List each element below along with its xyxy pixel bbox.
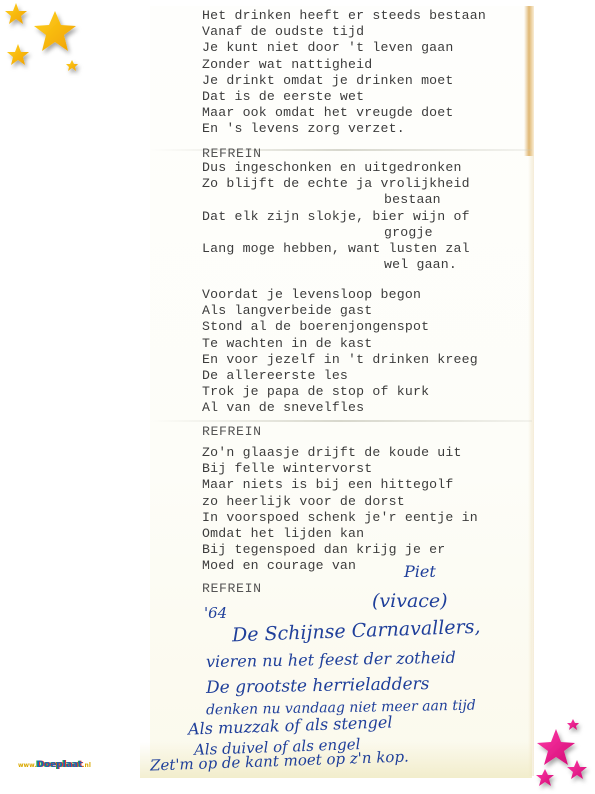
lyric-line: Voordat je levensloop begon xyxy=(202,287,478,303)
verse-1: Het drinken heeft er steeds bestaanVanaf… xyxy=(202,8,486,138)
lyric-line: En voor jezelf in 't drinken kreeg xyxy=(202,352,478,368)
star-icon xyxy=(537,729,575,765)
lyric-line: Bij tegenspoed dan krijg je er xyxy=(202,542,478,558)
paper-stain xyxy=(524,6,534,156)
lyric-line: Bij felle wintervorst xyxy=(202,461,478,477)
star-icon xyxy=(5,3,27,24)
star-icon xyxy=(536,769,554,786)
verse-2: Voordat je levensloop begonAls langverbe… xyxy=(202,287,478,417)
lyric-line: Al van de snevelfles xyxy=(202,400,478,416)
lyric-line: Maar niets is bij een hittegolf xyxy=(202,477,478,493)
pink-stars-decoration xyxy=(525,715,595,794)
star-icon xyxy=(66,60,78,71)
site-watermark-logo: www.Doeplaat.nl xyxy=(18,760,88,774)
star-icon xyxy=(34,11,76,51)
lyric-line: Zo'n glaasje drijft de koude uit xyxy=(202,445,478,461)
lyric-line: Je drinkt omdat je drinken moet xyxy=(202,73,486,89)
handwritten-tempo: (vivace) xyxy=(372,590,448,612)
star-icon xyxy=(567,719,579,730)
logo-name: Doeplaat xyxy=(37,760,83,770)
lyric-line: Moed en courage van xyxy=(202,558,478,574)
lyric-line: Lang moge hebben, want lusten zal xyxy=(202,241,470,257)
lyric-line: Trok je papa de stop of kurk xyxy=(202,384,478,400)
lyric-line: Als langverbeide gast xyxy=(202,303,478,319)
logo-prefix: www. xyxy=(18,762,37,769)
lyric-line: grogje xyxy=(202,225,470,241)
lyric-line: Dus ingeschonken en uitgedronken xyxy=(202,160,470,176)
lyric-line: Stond al de boerenjongenspot xyxy=(202,319,478,335)
lyric-line: Dat is de eerste wet xyxy=(202,89,486,105)
lyric-line: zo heerlijk voor de dorst xyxy=(202,494,478,510)
lyric-line: bestaan xyxy=(202,192,470,208)
lyric-line: Je kunt niet door 't leven gaan xyxy=(202,40,486,56)
handwritten-year: '64 xyxy=(204,604,227,622)
lyric-line: Zonder wat nattigheid xyxy=(202,57,486,73)
lyric-line: In voorspoed schenk je'r eentje in xyxy=(202,510,478,526)
handwritten-line: De grootste herrieladders xyxy=(206,674,430,698)
lyric-line: Maar ook omdat het vreugde doet xyxy=(202,105,486,121)
paper-fold-line xyxy=(150,420,532,422)
refrain-label: REFREIN xyxy=(202,581,262,596)
star-icon xyxy=(7,44,29,65)
verse-3: Zo'n glaasje drijft de koude uitBij fell… xyxy=(202,445,478,575)
lyric-line: Te wachten in de kast xyxy=(202,336,478,352)
lyric-line: Zo blijft de echte ja vrolijkheid xyxy=(202,176,470,192)
lyric-line: De allereerste les xyxy=(202,368,478,384)
lyric-line: wel gaan. xyxy=(202,257,470,273)
refrain-label: REFREIN xyxy=(202,146,262,161)
lyric-line: Dat elk zijn slokje, bier wijn of xyxy=(202,209,470,225)
lyric-line: Het drinken heeft er steeds bestaan xyxy=(202,8,486,24)
refrain-label: REFREIN xyxy=(202,424,262,439)
logo-suffix: .nl xyxy=(82,762,91,769)
lyric-line: Vanaf de oudste tijd xyxy=(202,24,486,40)
paper-stain xyxy=(528,156,534,776)
lyric-line: Omdat het lijden kan xyxy=(202,526,478,542)
refrain-text: Dus ingeschonken en uitgedronkenZo blijf… xyxy=(202,160,470,273)
handwritten-author: Piet xyxy=(404,562,436,581)
gold-stars-decoration xyxy=(0,0,95,80)
star-icon xyxy=(567,760,587,779)
lyric-line: En 's levens zorg verzet. xyxy=(202,121,486,137)
